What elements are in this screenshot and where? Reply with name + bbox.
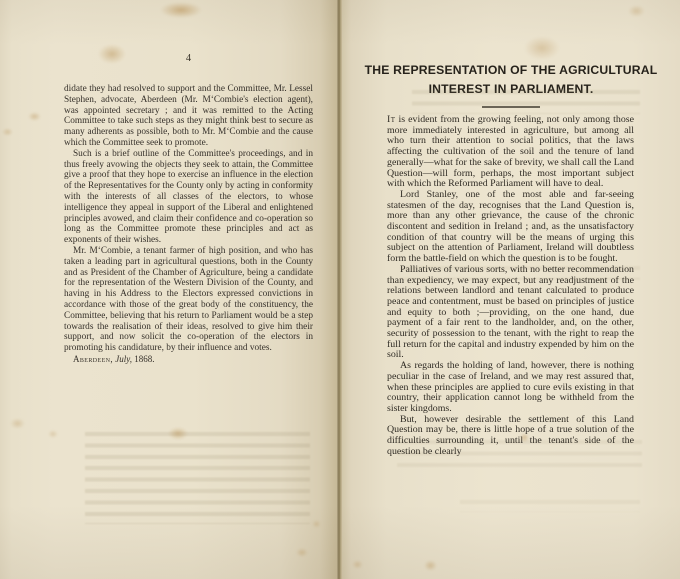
dateline-year: 1868. — [134, 354, 154, 364]
paragraph: Such is a brief outline of the Committee… — [64, 149, 313, 246]
paragraph: Palliatives of various sorts, with no be… — [387, 265, 634, 361]
dateline: Aberdeen, July, 1868. — [64, 354, 313, 365]
book-scan: 4 didate they had resolved to support an… — [0, 0, 680, 579]
paragraph: Mr. M‘Combie, a tenant farmer of high po… — [64, 246, 313, 354]
right-page-text: It is evident from the growing feeling, … — [387, 115, 634, 458]
paragraph: didate they had resolved to support and … — [64, 84, 313, 149]
paragraph: But, however desirable the settlement of… — [387, 415, 634, 458]
dateline-place: Aberdeen, — [73, 354, 113, 364]
title-line-2: INTEREST IN PARLIAMENT. — [354, 80, 668, 99]
paragraph-text: is evident from the growing feeling, not… — [387, 114, 634, 189]
bleedthrough-ghost-text — [85, 432, 310, 524]
dateline-month: July, — [115, 354, 132, 364]
paragraph: As regards the holding of land, however,… — [387, 361, 634, 415]
paragraph: Lord Stanley, one of the most able and f… — [387, 190, 634, 265]
paragraph: It is evident from the growing feeling, … — [387, 115, 634, 190]
article-title: THE REPRESENTATION OF THE AGRICULTURAL I… — [354, 61, 668, 108]
title-line-1: THE REPRESENTATION OF THE AGRICULTURAL — [354, 61, 668, 80]
bleedthrough-ghost-text — [460, 500, 640, 512]
page-number: 4 — [64, 53, 313, 64]
right-page: THE REPRESENTATION OF THE AGRICULTURAL I… — [342, 0, 680, 579]
left-page-text: didate they had resolved to support and … — [64, 84, 313, 365]
title-rule — [482, 106, 540, 108]
left-page: 4 didate they had resolved to support an… — [0, 0, 337, 579]
